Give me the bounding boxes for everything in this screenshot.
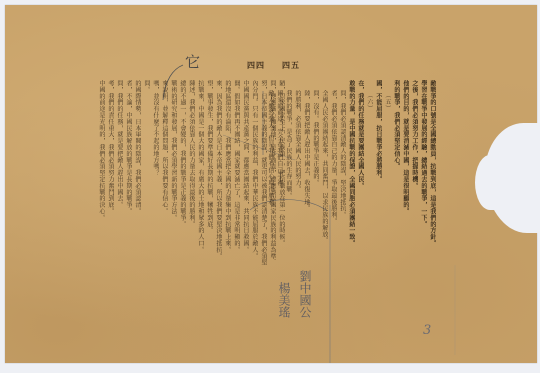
text-column: 陳述，我們必須依靠人民的力量去取得最後的勝利。 bbox=[188, 80, 195, 255]
section-heading: （五） bbox=[384, 92, 391, 120]
text-column: 問。 bbox=[143, 80, 150, 94]
text-column: 中國國民黨與共產黨之間，都應當團結起來，共同抗日救國。 bbox=[242, 80, 249, 265]
text-column: 抗戰來，中國是一個大的國家，有廣大的土地和眾多的人口。 bbox=[197, 80, 204, 265]
text-column: 內分門。只有一個民族的利益，我們中華民族不能屈服於敵人。 bbox=[251, 80, 258, 265]
text-column: 戰術的研究和發展，我們必須學習新的戰爭方法。 bbox=[170, 80, 177, 230]
text-column: 嗎，並沒有什麼了不起的地方嗎？ bbox=[152, 80, 159, 190]
text-column: 總的不過一，不會變的，我們的戰爭是正義的戰爭。 bbox=[179, 80, 186, 255]
text-column: 之後，我們必須努力工作，把握時機。 bbox=[411, 80, 418, 230]
text-column: 的勝利，必須依靠全國人民的努力。 bbox=[294, 90, 301, 265]
text-column: 的地區還沒有淪陷，我們應當把全國的力量集中到抗戰上來。 bbox=[224, 80, 231, 265]
text-column: 國家的前途，完全在我們自己手裡。 bbox=[276, 90, 283, 265]
page-number-mark: 3 bbox=[423, 323, 431, 338]
text-column: 者，不論，中國民族解放的戰爭是長期的戰爭。 bbox=[125, 80, 132, 245]
text-column: 他們的目的，就是要消滅中國，這是很明顯的。 bbox=[402, 80, 409, 230]
document-page: 四四 四五 它 陋，只求國家至上，民族第一，把抗戰放在第一位的時候。 問，便應誠… bbox=[5, 5, 537, 363]
text-column: 敵戰爭的口號是全國總動員，抗戰到底，這是我們的方針。 bbox=[429, 80, 436, 255]
text-column: 來，因為我們的敵人是日本帝國主義，所以我們要堅決地抵抗。 bbox=[215, 80, 222, 265]
text-column: 敢戰的力量，是中國抗戰的保證，全國同胞必須團結一致。 bbox=[348, 80, 355, 255]
handwritten-note: 劉中國公 bbox=[298, 270, 312, 318]
text-column: 問，我們的任務，就是要把敵人趕出中國去。 bbox=[116, 80, 123, 245]
handwritten-note: 楊美瑤 bbox=[277, 282, 291, 318]
text-column: 望，戰事發生，我們要準備好長期的抗戰，犧牲到底。 bbox=[206, 80, 213, 265]
left-page-text: 陋，只求國家至上，民族第一，把抗戰放在第一位的時候。 問，便應誠心擁護他，是非曲… bbox=[98, 80, 285, 275]
text-column: 陸，我們要把敵人趕出中國去，收復失地。 bbox=[303, 90, 310, 265]
text-column: 問，我們必須認清敵人的陰謀，堅決地抵抗。 bbox=[339, 90, 346, 260]
text-column: 國，不能屈服，抗日戰爭必將勝利。 bbox=[375, 80, 382, 210]
text-column: 的國際情勢，日本軍閥的陰謀，我們必須認清。 bbox=[134, 80, 141, 240]
text-column: 中國的前途是光明的，我們必須堅定抗戰的決心。 bbox=[98, 80, 105, 250]
text-column: 問，沒有。我們的戰爭是正義的。 bbox=[312, 90, 319, 200]
text-column: 開。假如我們再不團結，國家就要滅亡了，這是非常明顯的。 bbox=[233, 80, 240, 265]
text-column: 在，我們的任務就是要團結全國人民。 bbox=[357, 80, 364, 220]
right-page-text: 敵戰爭的口號是全國總動員，抗戰到底，這是我們的方針。 學習在戰爭中發展的經驗，總… bbox=[267, 80, 436, 340]
text-column: 者，我們必須依靠自己的力量，爭取最後勝利。 bbox=[330, 90, 337, 260]
text-column: 利的戰爭，我們必須堅定信心。 bbox=[393, 80, 400, 190]
text-column: 敵人雖然強大，但是我們有信心取得勝利。 bbox=[267, 90, 274, 265]
text-column: 學習在戰爭中發展的經驗，總結過去的戰爭，一下。 bbox=[420, 80, 427, 255]
text-column: 努，日本帝國主義的陰謀，就更可以被我們認清楚了，我們必須堅持到底。 bbox=[260, 80, 267, 265]
text-column: 考，我們的責任重大，我們必須努力奮鬥到底。 bbox=[107, 80, 114, 250]
section-heading: （六） bbox=[366, 92, 373, 120]
text-column: 來說明，並解釋這個問題，所以我們要有信心。 bbox=[161, 80, 168, 220]
text-column: 全國人民必須團結起來，共同奮鬥，以求民族的解放。 bbox=[321, 90, 328, 260]
text-column: 我們的戰爭，是為了民族的生存而戰。 bbox=[285, 90, 292, 265]
